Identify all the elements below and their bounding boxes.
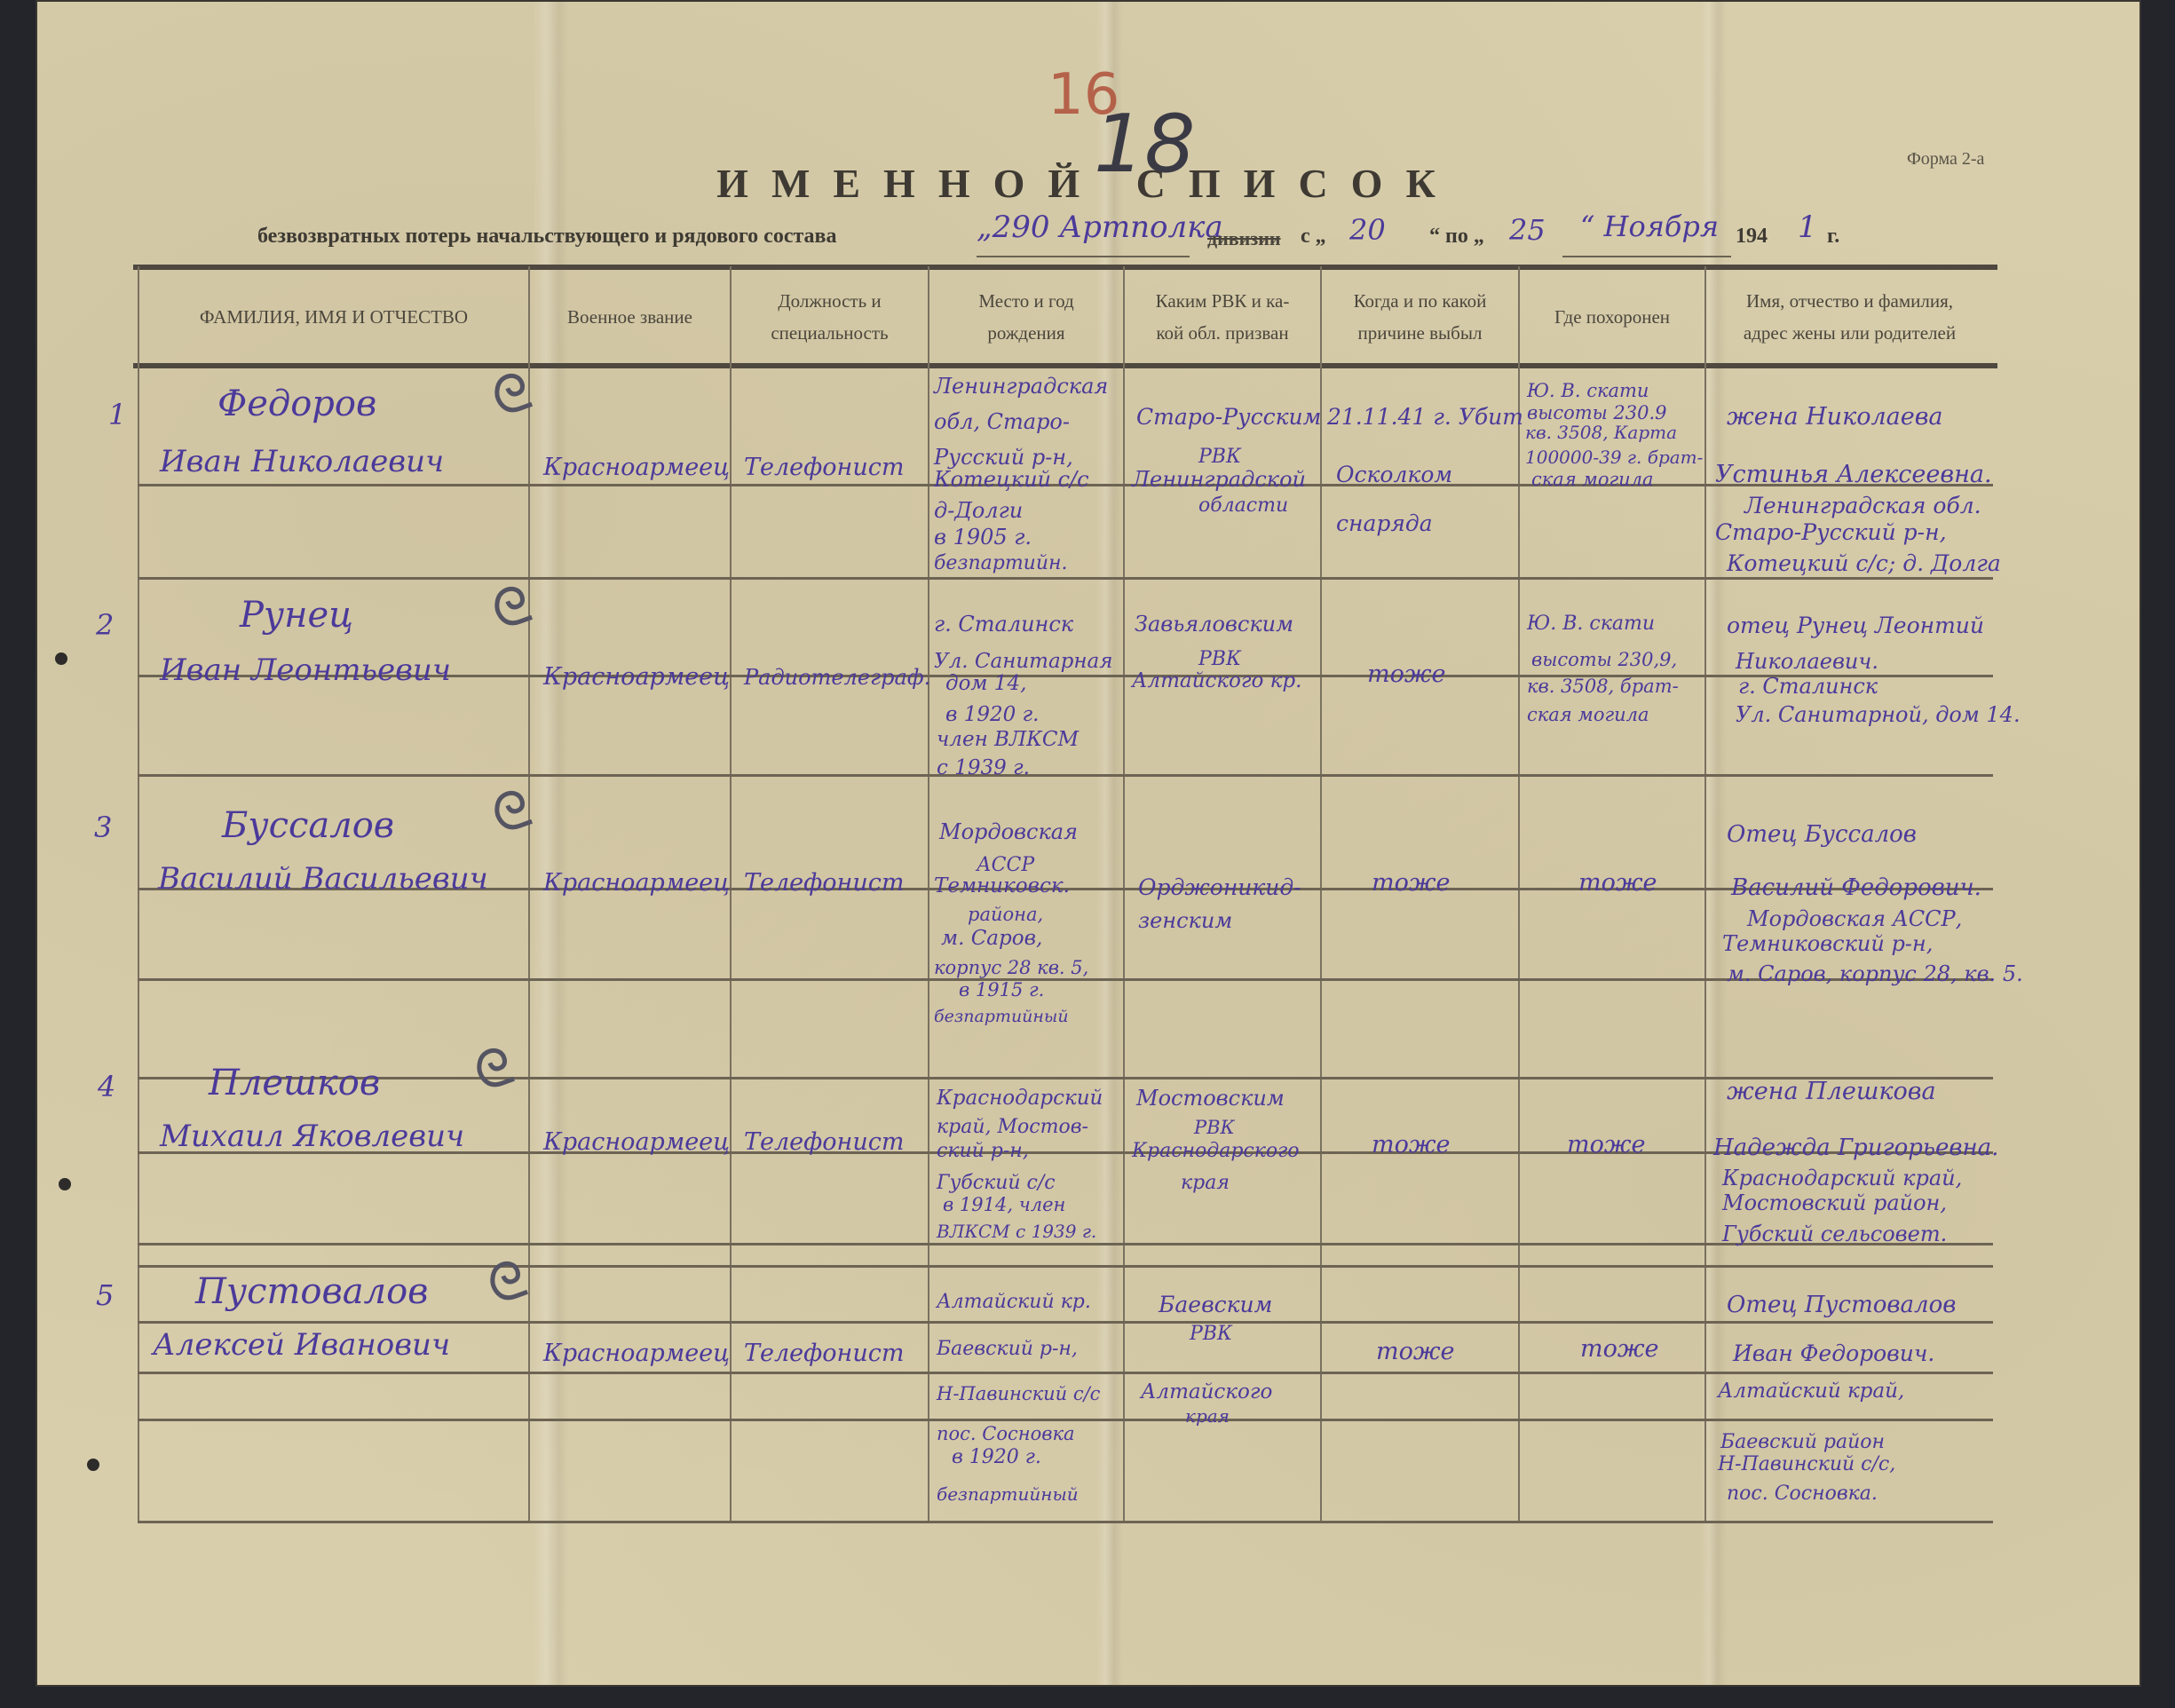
rvk-line: Алтайского — [1141, 1379, 1272, 1405]
kin-line: Котецкий с/с; д. Долга — [1727, 550, 2001, 577]
kin-line: Ленинградская обл. — [1744, 493, 1981, 519]
subtitle-month: “ Ноября — [1580, 210, 1719, 243]
kin-line: Н-Павинский с/с, — [1718, 1451, 1895, 1478]
birth-line: обл, Старо- — [934, 408, 1070, 435]
header-position: Должность испециальность — [732, 270, 928, 363]
header-when-line2: причине выбыл — [1358, 317, 1483, 349]
birth-line: д-Долги — [934, 497, 1023, 524]
rvk-line: Краснодарского — [1132, 1138, 1300, 1165]
header-bottom-rule — [133, 363, 1997, 368]
header-birth-line1: Место и год — [978, 285, 1073, 317]
buried-line: кв. 3508, Карта — [1525, 419, 1677, 446]
header-position-line2: специальность — [771, 317, 888, 349]
kin-line: Устинья Алексеевна. — [1715, 462, 1992, 488]
rank: Красноармеец — [543, 870, 730, 897]
rvk-line: Старо-Русским — [1136, 404, 1321, 431]
kin-line: Мордовская АССР, — [1747, 905, 1962, 932]
header-rvk: Каким РВК и ка-кой обл. призван — [1125, 270, 1320, 363]
birth-line: Котецкий с/с — [934, 466, 1089, 493]
buried-line: тоже — [1567, 1132, 1646, 1158]
row-number: 5 — [96, 1278, 114, 1312]
column-divider — [730, 266, 732, 1522]
birth-line: района, — [968, 901, 1043, 928]
subtitle-year-suffix: г. — [1827, 225, 1839, 249]
birth-line: безпартийный — [937, 1481, 1079, 1507]
column-divider — [528, 266, 530, 1522]
birth-line: Темниковск. — [934, 873, 1070, 899]
subtitle-from-label: с „ — [1301, 225, 1326, 249]
birth-line: Алтайский кр. — [937, 1289, 1091, 1316]
surname: Федоров — [217, 391, 376, 417]
position: Телефонист — [744, 1129, 904, 1156]
row-rule — [138, 1372, 1993, 1374]
subtitle-prefix: безвозвратных потерь начальствующего и р… — [257, 225, 837, 249]
rank: Красноармеец — [543, 1129, 730, 1156]
kin-line: отец Рунец Леонтий — [1727, 613, 1984, 639]
birth-line: дом 14, — [945, 670, 1026, 697]
punch-hole — [55, 652, 67, 665]
birth-line: ВЛКСМ с 1939 г. — [937, 1218, 1096, 1245]
given-names: Василий Васильевич — [158, 866, 488, 892]
rvk-line: зенским — [1138, 907, 1232, 934]
position: Телефонист — [744, 1340, 904, 1367]
buried-line: тоже — [1580, 1336, 1659, 1363]
header-rank: Военное звание — [530, 270, 730, 363]
when-line: снаряда — [1336, 510, 1433, 537]
column-divider — [1320, 266, 1322, 1522]
position: Телефонист — [744, 455, 904, 481]
kin-line: Губский сельсовет. — [1722, 1221, 1947, 1247]
subtitle-year-digit: 1 — [1798, 210, 1817, 245]
birth-line: с 1939 г. — [937, 755, 1030, 781]
rvk-line: Алтайского кр. — [1132, 668, 1301, 694]
header-kin: Имя, отчество и фамилия,адрес жены или р… — [1706, 270, 1993, 363]
kin-line: Мостовский район, — [1722, 1190, 1947, 1216]
header-rvk-line2: кой обл. призван — [1156, 317, 1288, 349]
birth-line: Краснодарский — [937, 1085, 1103, 1111]
rank: Красноармеец — [543, 1340, 730, 1367]
given-names: Алексей Иванович — [153, 1332, 450, 1358]
header-when: Когда и по какойпричине выбыл — [1322, 270, 1518, 363]
when-line: тоже — [1367, 661, 1446, 688]
kin-line: жена Николаева — [1727, 404, 1943, 431]
row-number: 4 — [98, 1070, 115, 1103]
unit-underline — [977, 256, 1190, 257]
kin-line: Алтайский край, — [1718, 1378, 1904, 1404]
rvk-line: края — [1181, 1170, 1230, 1197]
row-rule — [138, 1321, 1993, 1324]
row-number: 3 — [94, 811, 112, 844]
kin-line: жена Плешкова — [1727, 1079, 1936, 1105]
birth-line: член ВЛКСМ — [937, 726, 1079, 753]
header-birth-line2: рождения — [987, 317, 1064, 349]
rvk-line: РВК — [1194, 1114, 1235, 1141]
kin-line: Отец Буссалов — [1727, 821, 1917, 848]
row-number: 2 — [96, 608, 114, 642]
rvk-line: области — [1198, 493, 1288, 519]
rank: Красноармеец — [543, 455, 730, 481]
kin-line: Василий Федорович. — [1731, 874, 1981, 901]
when-line: 21.11.41 г. Убит — [1327, 404, 1523, 431]
when-line: тоже — [1372, 870, 1451, 897]
rvk-line: края — [1185, 1403, 1230, 1429]
birth-line: безпартийн. — [934, 550, 1068, 577]
birth-line: ский р-н, — [937, 1138, 1029, 1165]
kin-line: пос. Сосновка. — [1727, 1481, 1878, 1507]
column-divider — [1123, 266, 1125, 1522]
when-line: тоже — [1376, 1339, 1455, 1365]
row-number: 1 — [108, 398, 126, 431]
rvk-line: Баевским — [1159, 1292, 1272, 1318]
header-kin-line1: Имя, отчество и фамилия, — [1746, 285, 1953, 317]
birth-line: м. Саров, — [941, 925, 1042, 952]
kin-line: Иван Федорович. — [1733, 1340, 1934, 1367]
table-bottom-rule — [138, 1521, 1993, 1523]
birth-line: в 1915 г. — [959, 977, 1044, 1003]
column-divider — [1518, 266, 1520, 1522]
birth-line: г. Сталинск — [934, 611, 1073, 637]
birth-line: Ленинградская — [934, 373, 1108, 399]
rvk-line: Ленинградской — [1132, 466, 1306, 493]
subtitle-to-label: “ по „ — [1429, 225, 1484, 249]
document-title: ИМЕННОЙ СПИСОК — [0, 160, 2175, 207]
rvk-line: Мостовским — [1136, 1085, 1285, 1111]
birth-line: Баевский р-н, — [937, 1336, 1078, 1363]
kin-line: Старо-Русский р-н, — [1715, 519, 1947, 546]
surname: Буссалов — [222, 812, 394, 839]
given-names: Иван Николаевич — [160, 448, 444, 475]
birth-line: край, Мостов- — [937, 1114, 1088, 1141]
given-names: Михаил Яковлевич — [160, 1123, 464, 1150]
row-rule — [138, 1077, 1993, 1079]
header-buried: Где похоронен — [1520, 270, 1704, 363]
kin-line: г. Сталинск — [1738, 673, 1878, 700]
buried-line: ская могила — [1531, 466, 1653, 493]
subtitle-unit: „290 Артполка — [977, 210, 1223, 245]
subtitle-year: 194 — [1736, 225, 1768, 249]
header-when-line1: Когда и по какой — [1354, 285, 1487, 317]
punch-hole — [59, 1178, 71, 1190]
birth-line: безпартийный — [934, 1003, 1069, 1030]
buried-line: ская могила — [1527, 701, 1649, 728]
row-rule — [138, 774, 1993, 777]
column-divider — [928, 266, 929, 1522]
header-rvk-line1: Каким РВК и ка- — [1156, 285, 1290, 317]
position: Телефонист — [744, 870, 904, 897]
header-buried-label: Где похоронен — [1554, 301, 1670, 333]
given-names: Иван Леонтьевич — [160, 657, 451, 684]
rvk-line: РВК — [1190, 1321, 1232, 1348]
kin-line: Николаевич. — [1736, 648, 1878, 675]
row-rule — [138, 577, 1993, 580]
rvk-line: Орджоникид- — [1138, 874, 1301, 901]
subtitle-from-day: 20 — [1349, 213, 1386, 247]
row-rule — [138, 1265, 1993, 1268]
subtitle-to-day: 25 — [1509, 213, 1546, 247]
birth-line: пос. Сосновка — [937, 1420, 1075, 1447]
position: Радиотелеграф. — [744, 664, 930, 691]
kin-line: Отец Пустовалов — [1727, 1292, 1956, 1318]
kin-line: м. Саров, корпус 28, кв. 5. — [1727, 961, 2023, 987]
buried-line: высоты 230,9, — [1531, 646, 1677, 673]
surname: Плешков — [209, 1070, 380, 1096]
when-line: тоже — [1372, 1132, 1451, 1158]
surname: Рунец — [240, 602, 353, 629]
surname: Пустовалов — [195, 1278, 428, 1305]
birth-line: в 1914, член — [943, 1191, 1065, 1218]
column-divider — [1704, 266, 1706, 1522]
punch-hole — [87, 1459, 99, 1471]
birth-line: в 1905 г. — [934, 524, 1032, 550]
kin-line: Краснодарский край, — [1722, 1165, 1962, 1191]
header-position-line1: Должность и — [778, 285, 881, 317]
kin-line: Темниковский р-н, — [1722, 930, 1933, 957]
rank: Красноармеец — [543, 664, 730, 691]
rvk-line: Завьяловским — [1135, 611, 1293, 637]
header-name: ФАМИЛИЯ, ИМЯ И ОТЧЕСТВО — [139, 270, 528, 363]
header-rank-label: Военное звание — [567, 301, 692, 333]
column-divider — [138, 266, 139, 1522]
kin-line: Надежда Григорьевна. — [1713, 1135, 1998, 1161]
month-underline — [1562, 256, 1731, 257]
birth-line: Мордовская — [939, 818, 1078, 845]
buried-line: тоже — [1578, 870, 1657, 897]
header-kin-line2: адрес жены или родителей — [1744, 317, 1956, 349]
header-birth: Место и годрождения — [929, 270, 1123, 363]
buried-line: кв. 3508, брат- — [1527, 673, 1679, 700]
birth-line: Н-Павинский с/с — [937, 1380, 1100, 1407]
birth-line: в 1920 г. — [952, 1444, 1041, 1471]
kin-line: Ул. Санитарной, дом 14. — [1736, 701, 2021, 728]
header-name-label: ФАМИЛИЯ, ИМЯ И ОТЧЕСТВО — [200, 301, 468, 333]
when-line: Осколком — [1336, 462, 1452, 488]
subtitle-struck-word: дивизии — [1207, 227, 1281, 250]
buried-line: Ю. В. скати — [1527, 611, 1655, 637]
birth-line: в 1920 г. — [945, 701, 1039, 728]
